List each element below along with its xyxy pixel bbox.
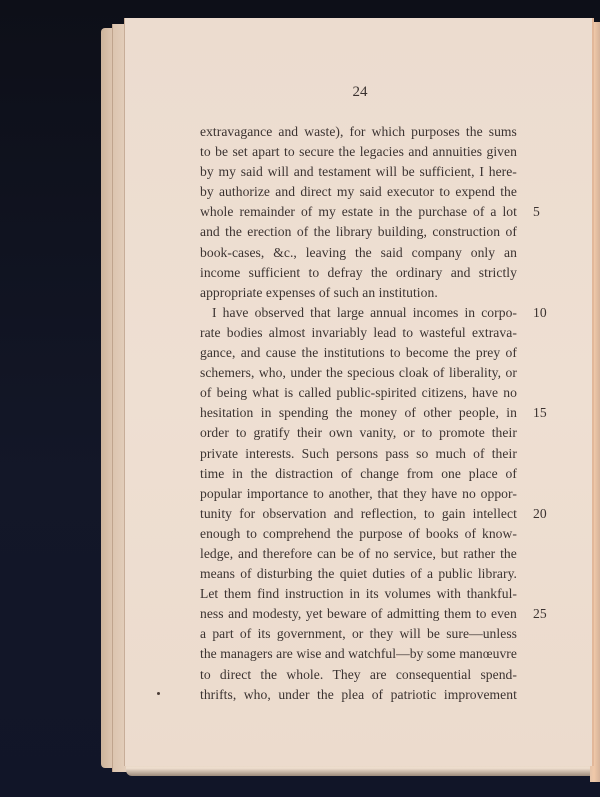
text-line-content: wholeremainderofmyestateinthepurchaseofa… xyxy=(200,202,517,222)
text-line-content: themanagersarewiseandwatchful—bysomemanœ… xyxy=(200,644,517,664)
text-line: ledge,andthereforecanbeofnoservice,butra… xyxy=(200,544,517,564)
text-line: gance,andcausetheinstitutionstobecomethe… xyxy=(200,343,517,363)
text-line-content: schemers,who,underthespeciouscloakoflibe… xyxy=(200,363,517,383)
text-line-content: tunityforobservationandreflection,togain… xyxy=(200,504,517,524)
text-line: themanagersarewiseandwatchful—bysomemanœ… xyxy=(200,644,517,664)
text-line: todirectthewhole.Theyareconsequentialspe… xyxy=(200,665,517,685)
text-line-content: byauthorizeanddirectmysaidexecutortoexpe… xyxy=(200,182,517,202)
text-line-content: Letthemfindinstructioninitsvolumeswithth… xyxy=(200,584,517,604)
text-line-content: todirectthewhole.Theyareconsequentialspe… xyxy=(200,665,517,685)
paper-speck xyxy=(157,692,160,695)
text-line-content: timeinthedistractionofchangefromoneplace… xyxy=(200,464,517,484)
text-line-content: meansofdisturbingthequietdutiesofapublic… xyxy=(200,564,517,584)
text-line: hesitationinspendingthemoneyofotherpeopl… xyxy=(200,403,517,423)
text-line-content: popularimportancetoanother,thattheyhaven… xyxy=(200,484,517,504)
text-line-content: apartofitsgovernment,ortheywillbesure—un… xyxy=(200,624,517,644)
text-line-content: nessandmodesty,yetbewareofadmittingthemt… xyxy=(200,604,517,624)
text-line: bymysaidwillandtestamentwillbesufficient… xyxy=(200,162,517,182)
text-line: wholeremainderofmyestateinthepurchaseofa… xyxy=(200,202,517,222)
text-line-content: bymysaidwillandtestamentwillbesufficient… xyxy=(200,162,517,182)
text-line-content: ordertogratifytheirownvanity,ortopromote… xyxy=(200,423,517,443)
text-line: meansofdisturbingthequietdutiesofapublic… xyxy=(200,564,517,584)
text-line: popularimportancetoanother,thattheyhaven… xyxy=(200,484,517,504)
text-line: ratebodiesalmostinvariablyleadtowasteful… xyxy=(200,323,517,343)
text-line: extravaganceandwaste),forwhichpurposesth… xyxy=(200,122,517,142)
text-line: andtheerectionofthelibrarybuilding,const… xyxy=(200,222,517,242)
text-line-content: ofbeingwhatiscalledpublic-spiritedcitize… xyxy=(200,383,517,403)
text-line-content: tobesetaparttosecurethelegaciesandannuit… xyxy=(200,142,517,162)
line-number: 20 xyxy=(533,504,563,524)
text-line-content: ledge,andthereforecanbeofnoservice,butra… xyxy=(200,544,517,564)
text-line: apartofitsgovernment,ortheywillbesure—un… xyxy=(200,624,517,644)
text-line-content: hesitationinspendingthemoneyofotherpeopl… xyxy=(200,403,517,423)
text-line: nessandmodesty,yetbewareofadmittingthemt… xyxy=(200,604,517,624)
text-line-content: andtheerectionofthelibrarybuilding,const… xyxy=(200,222,517,242)
text-line-content: enoughtocomprehendthepurposeofbooksofkno… xyxy=(200,524,517,544)
text-line: Letthemfindinstructioninitsvolumeswithth… xyxy=(200,584,517,604)
page-number: 24 xyxy=(0,84,600,101)
text-line: schemers,who,underthespeciouscloakoflibe… xyxy=(200,363,517,383)
text-line: privateinterests.Suchpersonspasssomuchof… xyxy=(200,444,517,464)
text-line: tobesetaparttosecurethelegaciesandannuit… xyxy=(200,142,517,162)
line-number: 5 xyxy=(533,202,563,222)
text-line-content: privateinterests.Suchpersonspasssomuchof… xyxy=(200,444,517,464)
text-line-content: gance,andcausetheinstitutionstobecomethe… xyxy=(200,343,517,363)
text-line: Ihaveobservedthatlargeannualincomesincor… xyxy=(200,303,517,323)
text-line: timeinthedistractionofchangefromoneplace… xyxy=(200,464,517,484)
text-line-content: extravaganceandwaste),forwhichpurposesth… xyxy=(200,122,517,142)
text-line-content: Ihaveobservedthatlargeannualincomesincor… xyxy=(212,303,517,323)
text-line: thrifts,who,underthepleaofpatrioticimpro… xyxy=(200,685,517,705)
text-line: incomesufficienttodefraytheordinaryandst… xyxy=(200,263,517,283)
text-line: ofbeingwhatiscalledpublic-spiritedcitize… xyxy=(200,383,517,403)
text-line-content: thrifts,who,underthepleaofpatrioticimpro… xyxy=(200,685,517,705)
text-line: enoughtocomprehendthepurposeofbooksofkno… xyxy=(200,524,517,544)
text-line-content: ratebodiesalmostinvariablyleadtowasteful… xyxy=(200,323,517,343)
line-number: 25 xyxy=(533,604,563,624)
line-number: 10 xyxy=(533,303,563,323)
text-line: tunityforobservationandreflection,togain… xyxy=(200,504,517,524)
text-line: book-cases,&c.,leavingthesaidcompanyonly… xyxy=(200,243,517,263)
text-line: ordertogratifytheirownvanity,ortopromote… xyxy=(200,423,517,443)
text-line-content: appropriate expenses of such an institut… xyxy=(200,285,438,300)
text-line: byauthorizeanddirectmysaidexecutortoexpe… xyxy=(200,182,517,202)
text-line-content: book-cases,&c.,leavingthesaidcompanyonly… xyxy=(200,243,517,263)
body-text: extravaganceandwaste),forwhichpurposesth… xyxy=(200,122,517,705)
text-line: appropriate expenses of such an institut… xyxy=(200,283,517,303)
line-number: 15 xyxy=(533,403,563,423)
text-line-content: incomesufficienttodefraytheordinaryandst… xyxy=(200,263,517,283)
